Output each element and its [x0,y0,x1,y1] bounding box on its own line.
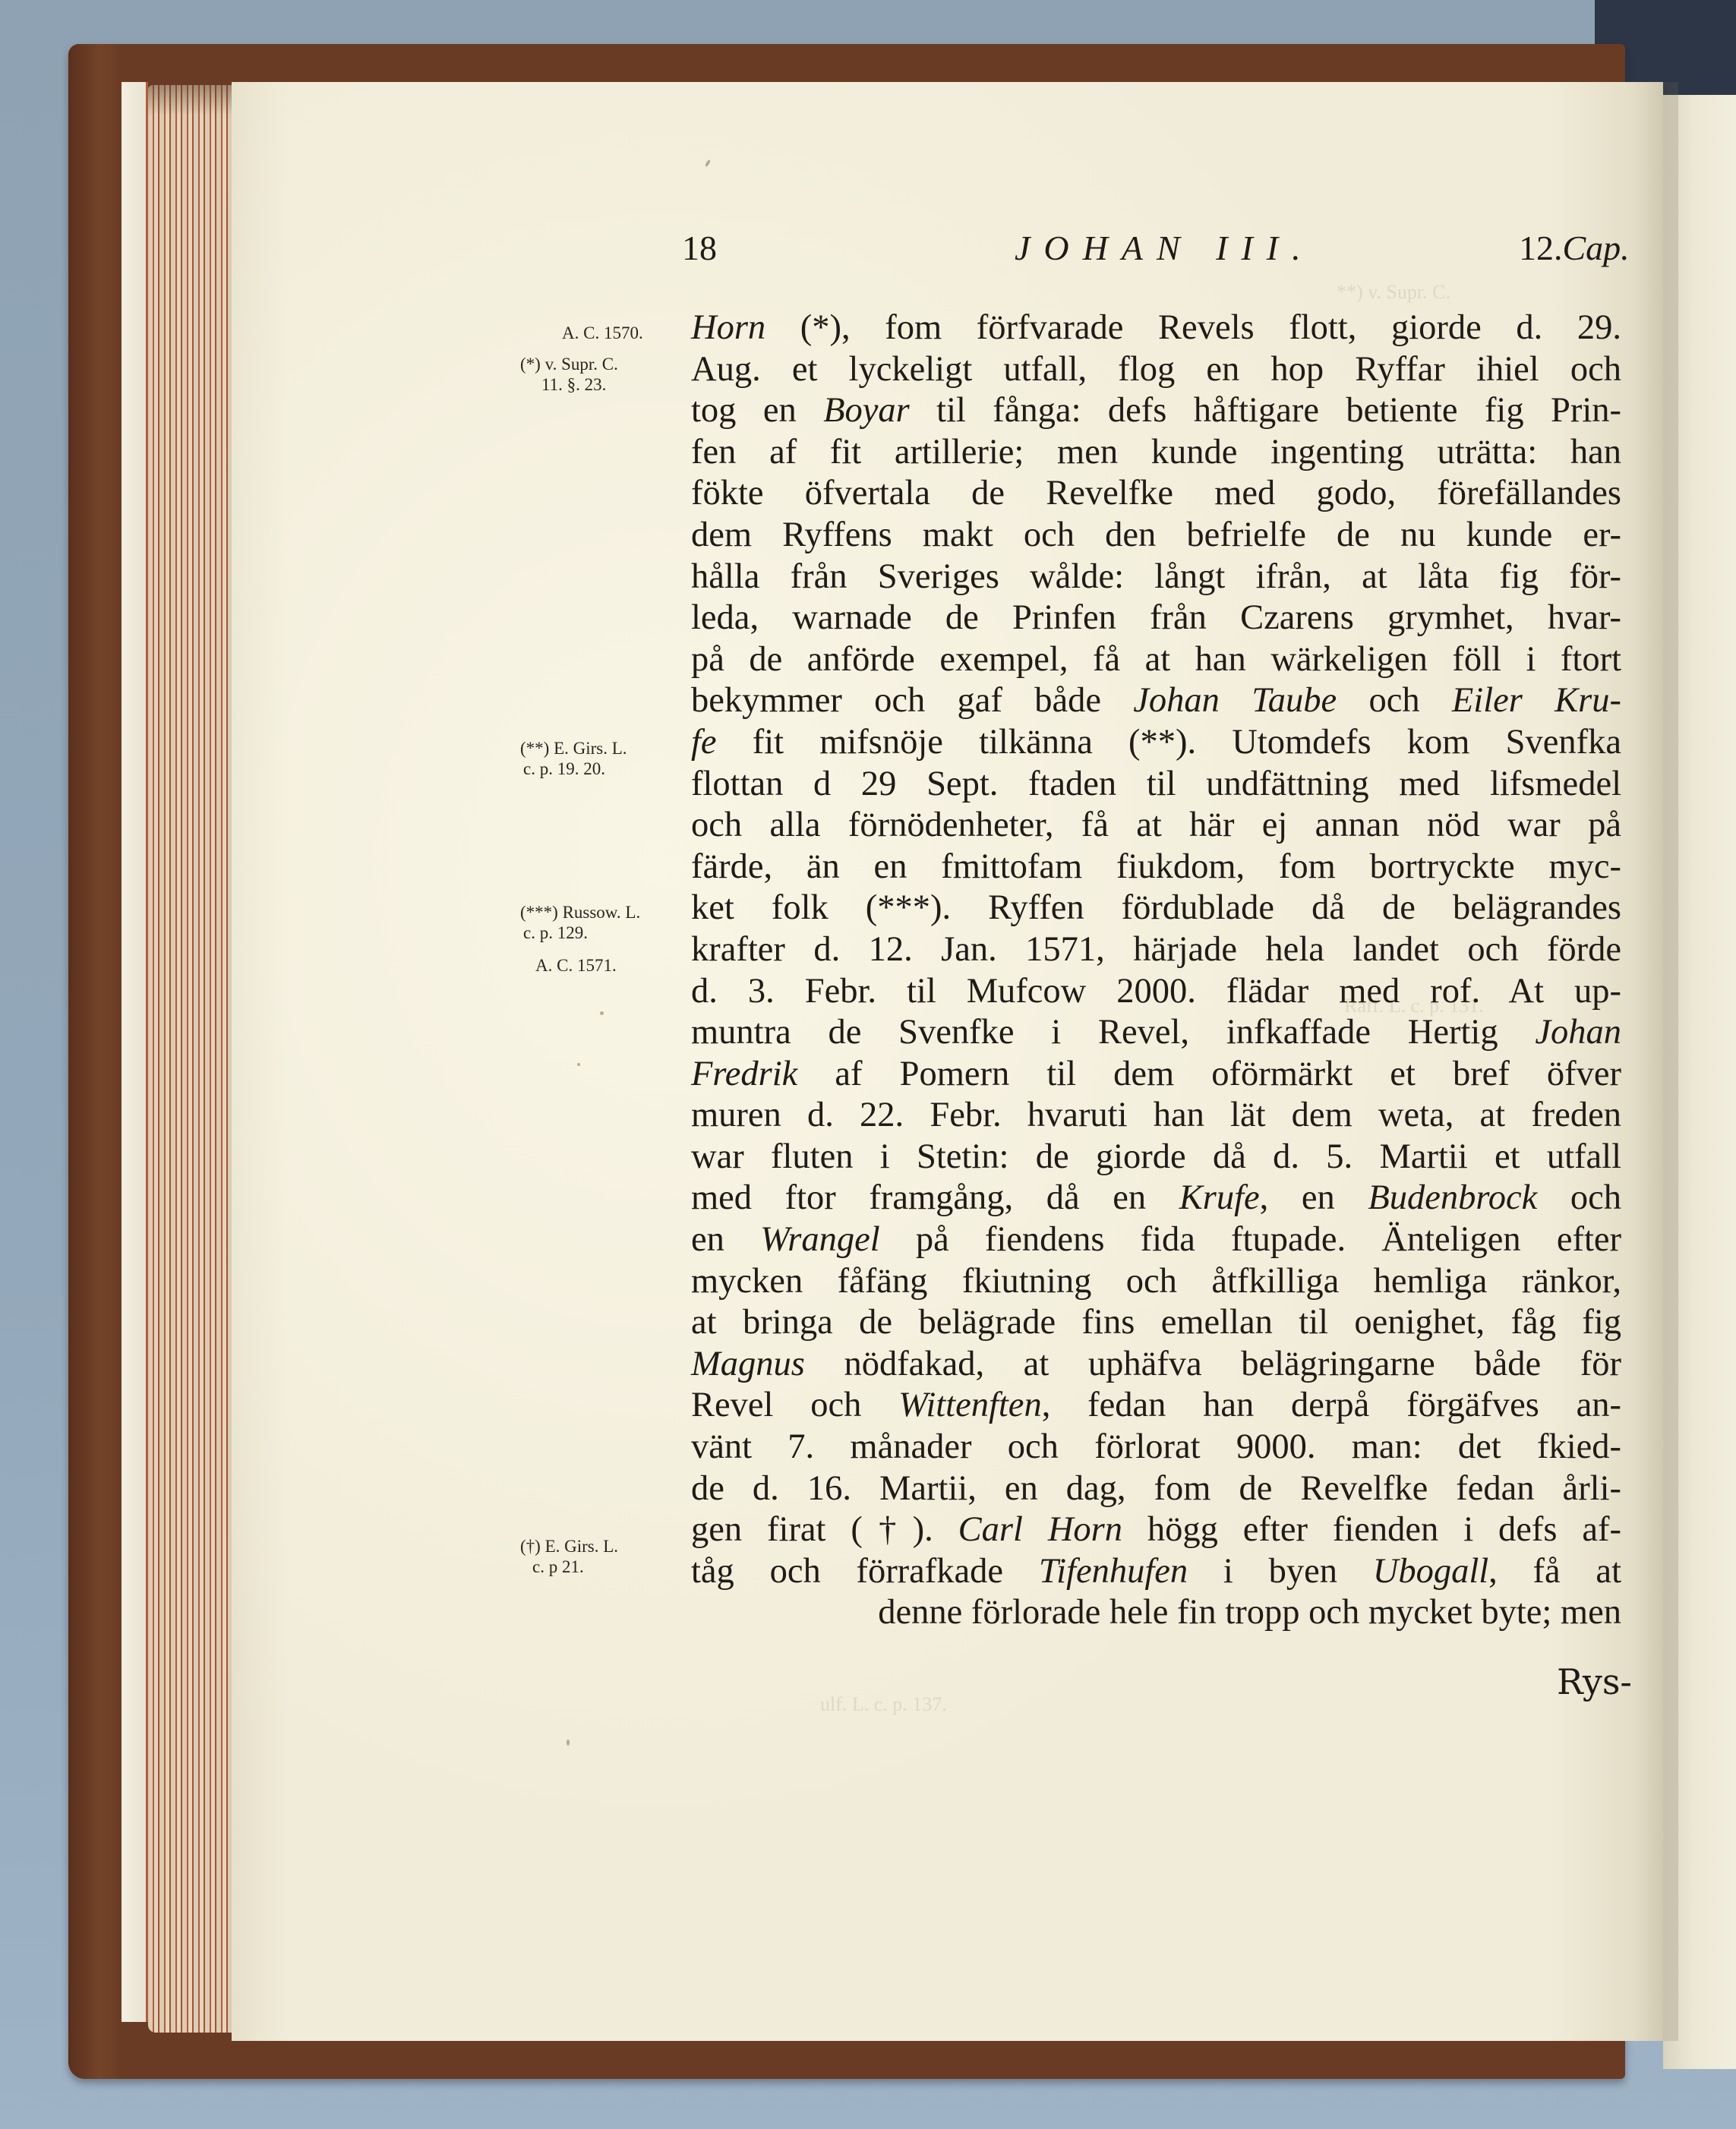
text-line: fe fit mifsnöje tilkänna (**). Utomdefs … [691,722,1621,764]
text-line: de d. 16. Martii, en dag, fom de Revelfk… [691,1468,1621,1510]
margin-note-triple-star: (***) Russow. L. c. p. 129. [520,902,640,943]
text-run: ket folk (***). Ryffen fördublade då de … [691,888,1621,927]
italic-name: Boyar [823,391,910,430]
gutter-shadow [1633,82,1678,2041]
text-line: war fluten i Stetin: de giorde då d. 5. … [691,1137,1621,1178]
chapter-number: 12. [1519,229,1563,267]
text-run: muren d. 22. Febr. hvaruti han lät dem w… [691,1096,1621,1134]
text-line: och alla förnödenheter, få at här ej ann… [691,805,1621,847]
margin-note-line: A. C. 1571. [535,956,617,975]
margin-note-line: c. p. 19. 20. [520,759,627,779]
text-run: gen firat (†). [691,1510,958,1549]
text-line: Revel och Wittenften, fedan han derpå fö… [691,1385,1621,1427]
text-run: (*), fom förfvarade Revels flott, giorde… [765,308,1621,347]
margin-note-year-1571: A. C. 1571. [535,955,617,976]
text-run: , få at [1488,1552,1621,1591]
text-line: denne förlorade hele fin tropp och mycke… [691,1592,1621,1634]
italic-name: Budenbrock [1368,1178,1537,1217]
text-run: Aug. et lyckeligt utfall, flog en hop Ry… [691,350,1621,389]
italic-name: Wittenften [898,1386,1042,1424]
text-line: leda, warnade de Prinfen från Czarens gr… [691,598,1621,639]
text-line: at bringa de belägrade fins emellan til … [691,1302,1621,1344]
text-run: på fiendens fida ftupade. Änteligen efte… [880,1220,1621,1259]
italic-name: Wrangel [760,1220,880,1259]
margin-note-line: (*) v. Supr. C. [520,355,618,374]
catchword: Rys- [1557,1661,1632,1707]
text-line: tog en Boyar til fånga: defs håftigare b… [691,390,1621,432]
bleed-through-text: **) v. Supr. C. [1337,281,1450,304]
margin-note-year-1570: A. C. 1570. [562,323,643,343]
body-text: Horn (*), fom förfvarade Revels flott, g… [691,308,1621,1634]
margin-note-double-star: (**) E. Girs. L. c. p. 19. 20. [520,738,627,779]
text-line: bekymmer och gaf både Johan Taube och Ei… [691,680,1621,722]
text-run: nödfakad, at uphäfva belägringarne både … [805,1345,1621,1383]
text-run: d. 3. Febr. til Mufcow 2000. flädar med … [691,972,1621,1011]
text-line: Aug. et lyckeligt utfall, flog en hop Ry… [691,349,1621,391]
italic-name: Magnus [691,1345,805,1383]
text-run: i byen [1188,1552,1373,1591]
margin-note-line: (***) Russow. L. [520,903,640,922]
text-line: på de anförde exempel, få at han wärkeli… [691,639,1621,681]
text-line: en Wrangel på fiendens fida ftupade. Änt… [691,1219,1621,1261]
text-run: en [691,1220,760,1259]
text-run: denne förlorade hele fin tropp och mycke… [878,1593,1621,1632]
text-run: och alla förnödenheter, få at här ej ann… [691,806,1621,844]
margin-note-line: c. p. 129. [520,923,640,943]
text-run: färde, än en fmittofam fiukdom, fom bort… [691,847,1621,886]
text-run: högg efter fienden i defs af- [1122,1510,1621,1549]
italic-name: Eiler Kru- [1452,681,1621,720]
text-line: muren d. 22. Febr. hvaruti han lät dem w… [691,1095,1621,1137]
text-run: hålla från Sveriges wålde: långt ifrån, … [691,557,1621,596]
page-number: 18 [682,228,717,273]
margin-note-star: (*) v. Supr. C. 11. §. 23. [520,354,618,395]
italic-name: Horn [691,308,765,347]
italic-name: Krufe [1179,1178,1260,1217]
text-line: hålla från Sveriges wålde: långt ifrån, … [691,557,1621,598]
italic-name: fe [691,723,717,762]
text-line: gen firat (†). Carl Horn högg efter fien… [691,1509,1621,1551]
text-run: af Pomern til dem oförmärkt et bref öfve… [797,1055,1621,1093]
text-run: bekymmer och gaf både [691,681,1133,720]
text-line: fen af fit artillerie; men kunde ingenti… [691,432,1621,474]
margin-note-line: 11. §. 23. [520,374,618,395]
text-run: och [1337,681,1452,720]
text-line: färde, än en fmittofam fiukdom, fom bort… [691,847,1621,888]
italic-name: Ubogall [1373,1552,1488,1591]
text-run: fit mifsnöje tilkänna (**). Utomdefs kom… [717,723,1621,762]
text-run: til fånga: defs håftigare betiente fig P… [910,391,1621,430]
text-run: tåg och förrafkade [691,1552,1039,1591]
text-run: fökte öfvertala de Revelfke med godo, fö… [691,474,1621,513]
page-edges-shadow [148,85,235,115]
running-head-title: JOHAN III. [1015,228,1315,273]
italic-name: Johan Taube [1133,681,1337,720]
text-line: tåg och förrafkade Tifenhufen i byen Ubo… [691,1551,1621,1593]
text-run: at bringa de belägrade fins emellan til … [691,1303,1621,1342]
text-run: de d. 16. Martii, en dag, fom de Revelfk… [691,1469,1621,1508]
text-run: med ftor framgång, då en [691,1178,1179,1217]
text-run: , fedan han derpå förgäfves an- [1042,1386,1621,1424]
text-run: dem Ryffens makt och den befrielfe de nu… [691,516,1621,554]
margin-note-line: (**) E. Girs. L. [520,739,627,758]
text-line: ket folk (***). Ryffen fördublade då de … [691,888,1621,929]
binding-spine-edge [68,44,122,2079]
text-line: Magnus nödfakad, at uphäfva belägringarn… [691,1344,1621,1386]
text-line: muntra de Svenfke i Revel, infkaffade He… [691,1012,1621,1054]
text-run: och [1537,1178,1621,1217]
text-line: d. 3. Febr. til Mufcow 2000. flädar med … [691,971,1621,1013]
margin-note-line: (†) E. Girs. L. [520,1537,618,1556]
text-line: Fredrik af Pomern til dem oförmärkt et b… [691,1054,1621,1096]
text-run: war fluten i Stetin: de giorde då d. 5. … [691,1137,1621,1176]
text-run: krafter d. 12. Jan. 1571, härjade hela l… [691,930,1621,969]
italic-name: Johan [1535,1013,1621,1052]
italic-name: Tifenhufen [1039,1552,1188,1591]
paper-speck [577,1063,580,1066]
text-run: vänt 7. månader och förlorat 9000. man: … [691,1427,1621,1466]
text-run: på de anförde exempel, få at han wärkeli… [691,640,1621,679]
text-line: flottan d 29 Sept. ftaden til undfättnin… [691,764,1621,806]
text-line: dem Ryffens makt och den befrielfe de nu… [691,515,1621,557]
chapter-label: Cap. [1563,229,1630,267]
text-run: flottan d 29 Sept. ftaden til undfättnin… [691,765,1621,803]
page-block-edges [148,85,235,2033]
text-run: Revel och [691,1386,898,1424]
margin-note-dagger: (†) E. Girs. L. c. p 21. [520,1536,618,1577]
italic-name: Carl Horn [958,1510,1122,1549]
margin-note-line: c. p 21. [520,1557,618,1577]
bleed-through-text: ulf. L. c. p. 137. [820,1693,947,1716]
paper-speck [600,1011,604,1015]
paper-speck [567,1739,570,1746]
text-run: , en [1260,1178,1368,1217]
text-line: vänt 7. månader och förlorat 9000. man: … [691,1427,1621,1468]
text-run: muntra de Svenfke i Revel, infkaffade He… [691,1013,1535,1052]
text-line: krafter d. 12. Jan. 1571, härjade hela l… [691,929,1621,971]
text-run: tog en [691,391,823,430]
text-line: fökte öfvertala de Revelfke med godo, fö… [691,473,1621,515]
text-line: med ftor framgång, då en Krufe, en Buden… [691,1178,1621,1219]
text-run: leda, warnade de Prinfen från Czarens gr… [691,598,1621,637]
text-line: mycken fåfäng fkiutning och åtfkilliga h… [691,1261,1621,1303]
text-run: mycken fåfäng fkiutning och åtfkilliga h… [691,1262,1621,1301]
italic-name: Fredrik [691,1055,797,1093]
text-line: Horn (*), fom förfvarade Revels flott, g… [691,308,1621,349]
margin-note-line: A. C. 1570. [562,323,643,342]
endpaper [122,82,148,2022]
text-run: fen af fit artillerie; men kunde ingenti… [691,433,1621,472]
running-head-chapter: 12.Cap. [1519,228,1630,273]
